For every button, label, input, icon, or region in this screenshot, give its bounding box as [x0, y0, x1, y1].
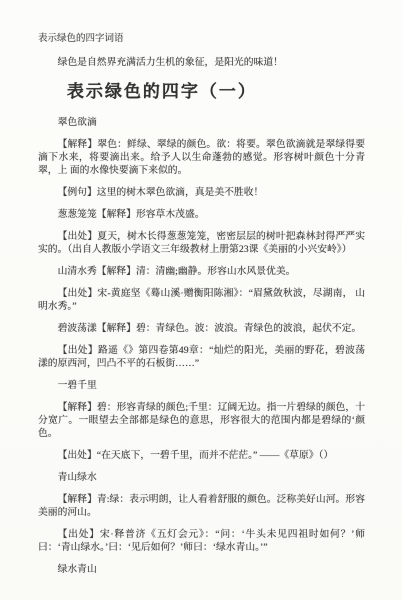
body-paragraph: 山清水秀【解释】清：清幽;幽静。形容山水风景优美。 — [38, 265, 365, 278]
body-paragraph: 【例句】这里的树木翠色欲滴，真是美不胜收！ — [38, 186, 365, 199]
body-paragraph: 【出处】宋·释普济《五灯会元》：“问：‘牛头未见四祖时如何？’师 曰：‘青山绿水… — [38, 528, 365, 554]
body-paragraph: 【解释】碧：形容青绿的颜色;千里：辽阔无边。指一片碧绿的颜色，十分宽广。一眼望去… — [38, 401, 365, 440]
section-heading: 表示绿色的四字（一） — [38, 81, 365, 103]
intro-paragraph: 绿色是自然界充满活力生机的象征，是阳光的味道！ — [38, 56, 365, 69]
body-paragraph: 【解释】青:绿：表示明朗，让人看着舒服的颜色。泛称美好山河。形容 美丽的河山。 — [38, 493, 365, 519]
body-paragraph: 【出处】宋-黄庭坚《蓦山溪·赠衡阳陈湘》：“眉黛敛秋波，尽湖南， 山明水秀。” — [38, 287, 365, 313]
document-page: 表示绿色的四字词语 绿色是自然界充满活力生机的象征，是阳光的味道！ 表示绿色的四… — [0, 0, 402, 600]
content-blocks: 翠色欲滴【解释】翠色：鲜绿、翠绿的颜色。欲：将要。翠色欲滴就是翠绿得要滴下水来，… — [38, 116, 365, 576]
body-paragraph: 碧波荡漾【解释】碧：青绿色。波：波浪。青绿色的波浪，起伏不定。 — [38, 322, 365, 335]
body-paragraph: 【出处】路遥《》第四卷第49章：“灿烂的阳光，美丽的野花，碧波荡漾的原西河，凹凸… — [38, 344, 365, 370]
document-title: 表示绿色的四字词语 — [38, 33, 365, 46]
body-paragraph: 葱葱笼笼【解释】形容草木茂盛。 — [38, 208, 365, 221]
term-heading: 青山绿水 — [38, 471, 365, 484]
term-heading: 翠色欲滴 — [38, 116, 365, 129]
body-paragraph: 【解释】翠色：鲜绿、翠绿的颜色。欲：将要。翠色欲滴就是翠绿得要滴下水来，将要滴出… — [38, 138, 365, 177]
term-heading: 一碧千里 — [38, 379, 365, 392]
term-heading: 绿水青山 — [38, 563, 365, 576]
body-paragraph: 【出处】“在天底下，一碧千里，而并不茫茫。” ——《草原》（） — [38, 449, 365, 462]
body-paragraph: 【出处】夏天，树木长得葱葱笼笼，密密层层的树叶把森林封得严严实实的。（出自人教版… — [38, 230, 365, 256]
